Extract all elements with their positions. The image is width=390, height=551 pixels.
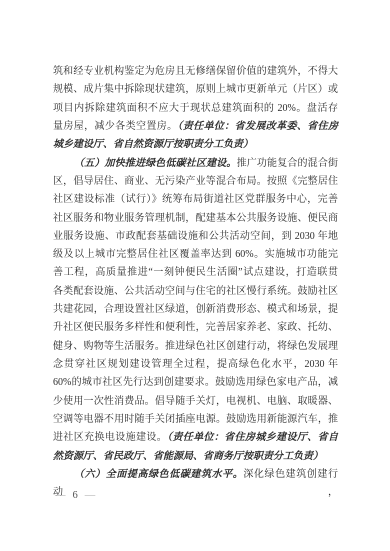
text-run: 规模、成片集中拆除现状建筑，原则上城市更新单元（片区）或	[53, 84, 338, 95]
document-page: 筑和经专业机构鉴定为危房且无修缮保留价值的建筑外，不得大规模、成片集中拆除现状建…	[0, 0, 390, 551]
text-line: （六）全面提高绿色低碳建筑水平。深化绿色建筑创建行动，	[53, 466, 338, 484]
text-line: 规模、成片集中拆除现状建筑，原则上城市更新单元（片区）或	[53, 81, 338, 99]
text-line: 空调等电器不用时随手关闭插座电源。鼓励选用新能源汽车，推	[53, 411, 338, 429]
text-run: 筑和经专业机构鉴定为危房且无修缮保留价值的建筑外，不得大	[53, 66, 338, 77]
text-run: 业服务设施、市政配套基础设施和公共活动空间，到 2030 年地	[53, 231, 338, 242]
text-line: 项目内拆除建筑面积不应大于现状总建筑面积的 20%。盘活存	[53, 100, 338, 118]
text-line: 少使用一次性消费品。倡导随手关灯，电视机、电脑、取暖器、	[53, 393, 338, 411]
text-line: 城乡建设厅、省自然资源厅按职责分工负责）	[53, 136, 338, 154]
footer-page-number: 6	[73, 490, 78, 501]
page-footer: —6—	[55, 490, 95, 501]
text-line: 升社区便民服务多样性和便利性，完善居家养老、家政、托幼、	[53, 319, 338, 337]
text-line: 60%的城市社区先行达到创建要求。鼓励选用绿色家电产品，减	[53, 374, 338, 392]
emphasis-run: 然资源厅、省民政厅、省能源局、省商务厅按职责分工负责）	[53, 451, 323, 462]
text-line: 念贯穿社区规划建设管理全过程，提高绿色化水平，2030 年	[53, 356, 338, 374]
text-run: 项目内拆除建筑面积不应大于现状总建筑面积的 20%。盘活存	[53, 103, 338, 114]
emphasis-run: （责任单位：省发展改革委、省住房	[177, 121, 338, 132]
text-run: 量房屋，减少各类空置房。	[53, 121, 177, 132]
text-run: 社区建设标准（试行）》统筹布局街道社区党群服务中心，完善	[53, 194, 338, 205]
text-run: 少使用一次性消费品。倡导随手关灯，电视机、电脑、取暖器、	[53, 396, 338, 407]
text-line: 善工程，高质量推进“一刻钟便民生活圈”试点建设，打造联贯	[53, 264, 338, 282]
text-run: 升社区便民服务多样性和便利性，完善居家养老、家政、托幼、	[53, 322, 338, 333]
text-line: 业服务设施、市政配套基础设施和公共活动空间，到 2030 年地	[53, 228, 338, 246]
text-run: 共建花园，合理设置社区绿道，创新消费形态、模式和场景，提	[53, 304, 338, 315]
text-line: 区，倡导居住、商业、无污染产业等混合布局。按照《完整居住	[53, 173, 338, 191]
text-run: 善工程，高质量推进“一刻钟便民生活圈”试点建设，打造联贯	[53, 267, 338, 278]
text-line: （五）加快推进绿色低碳社区建设。推广功能复合的混合街	[53, 155, 338, 173]
footer-dash-right: —	[85, 490, 96, 501]
text-line: 社区建设标准（试行）》统筹布局街道社区党群服务中心，完善	[53, 191, 338, 209]
text-run: 健身、购物等生活服务。推进绿色社区创建行动，将绿色发展理	[53, 341, 338, 352]
text-run: 推广功能复合的混合街	[237, 158, 338, 169]
text-line: 量房屋，减少各类空置房。（责任单位：省发展改革委、省住房	[53, 118, 338, 136]
emphasis-run: 城乡建设厅、省自然资源厅按职责分工负责）	[53, 139, 253, 150]
text-line: 各类配套设施、公共活动空间与住宅的社区慢行系统。鼓励社区	[53, 283, 338, 301]
text-run: 念贯穿社区规划建设管理全过程，提高绿色化水平，2030 年	[53, 359, 338, 370]
text-line: 共建花园，合理设置社区绿道，创新消费形态、模式和场景，提	[53, 301, 338, 319]
text-run: 区，倡导居住、商业、无污染产业等混合布局。按照《完整居住	[53, 176, 338, 187]
emphasis-run: （六）全面提高绿色低碳建筑水平。	[74, 469, 243, 480]
text-line: 级及以上城市完整居住社区覆盖率达到 60%。实施城市功能完	[53, 246, 338, 264]
footer-dash-left: —	[55, 490, 66, 501]
text-run: 级及以上城市完整居住社区覆盖率达到 60%。实施城市功能完	[53, 249, 338, 260]
text-run: 60%的城市社区先行达到创建要求。鼓励选用绿色家电产品，减	[53, 377, 338, 388]
text-line: 社区服务和物业服务管理机制，配建基本公共服务设施、便民商	[53, 210, 338, 228]
text-line: 筑和经专业机构鉴定为危房且无修缮保留价值的建筑外，不得大	[53, 63, 338, 81]
text-run: 进社区充换电设施建设。	[53, 432, 167, 443]
text-run: 社区服务和物业服务管理机制，配建基本公共服务设施、便民商	[53, 213, 338, 224]
text-run: 空调等电器不用时随手关闭插座电源。鼓励选用新能源汽车，推	[53, 414, 338, 425]
document-body: 筑和经专业机构鉴定为危房且无修缮保留价值的建筑外，不得大规模、成片集中拆除现状建…	[53, 63, 338, 484]
text-line: 进社区充换电设施建设。（责任单位：省住房城乡建设厅、省自	[53, 429, 338, 447]
text-line: 然资源厅、省民政厅、省能源局、省商务厅按职责分工负责）	[53, 448, 338, 466]
text-line: 健身、购物等生活服务。推进绿色社区创建行动，将绿色发展理	[53, 338, 338, 356]
text-run: 各类配套设施、公共活动空间与住宅的社区慢行系统。鼓励社区	[53, 286, 338, 297]
emphasis-run: （五）加快推进绿色低碳社区建设。	[74, 158, 237, 169]
emphasis-run: （责任单位：省住房城乡建设厅、省自	[167, 432, 338, 443]
